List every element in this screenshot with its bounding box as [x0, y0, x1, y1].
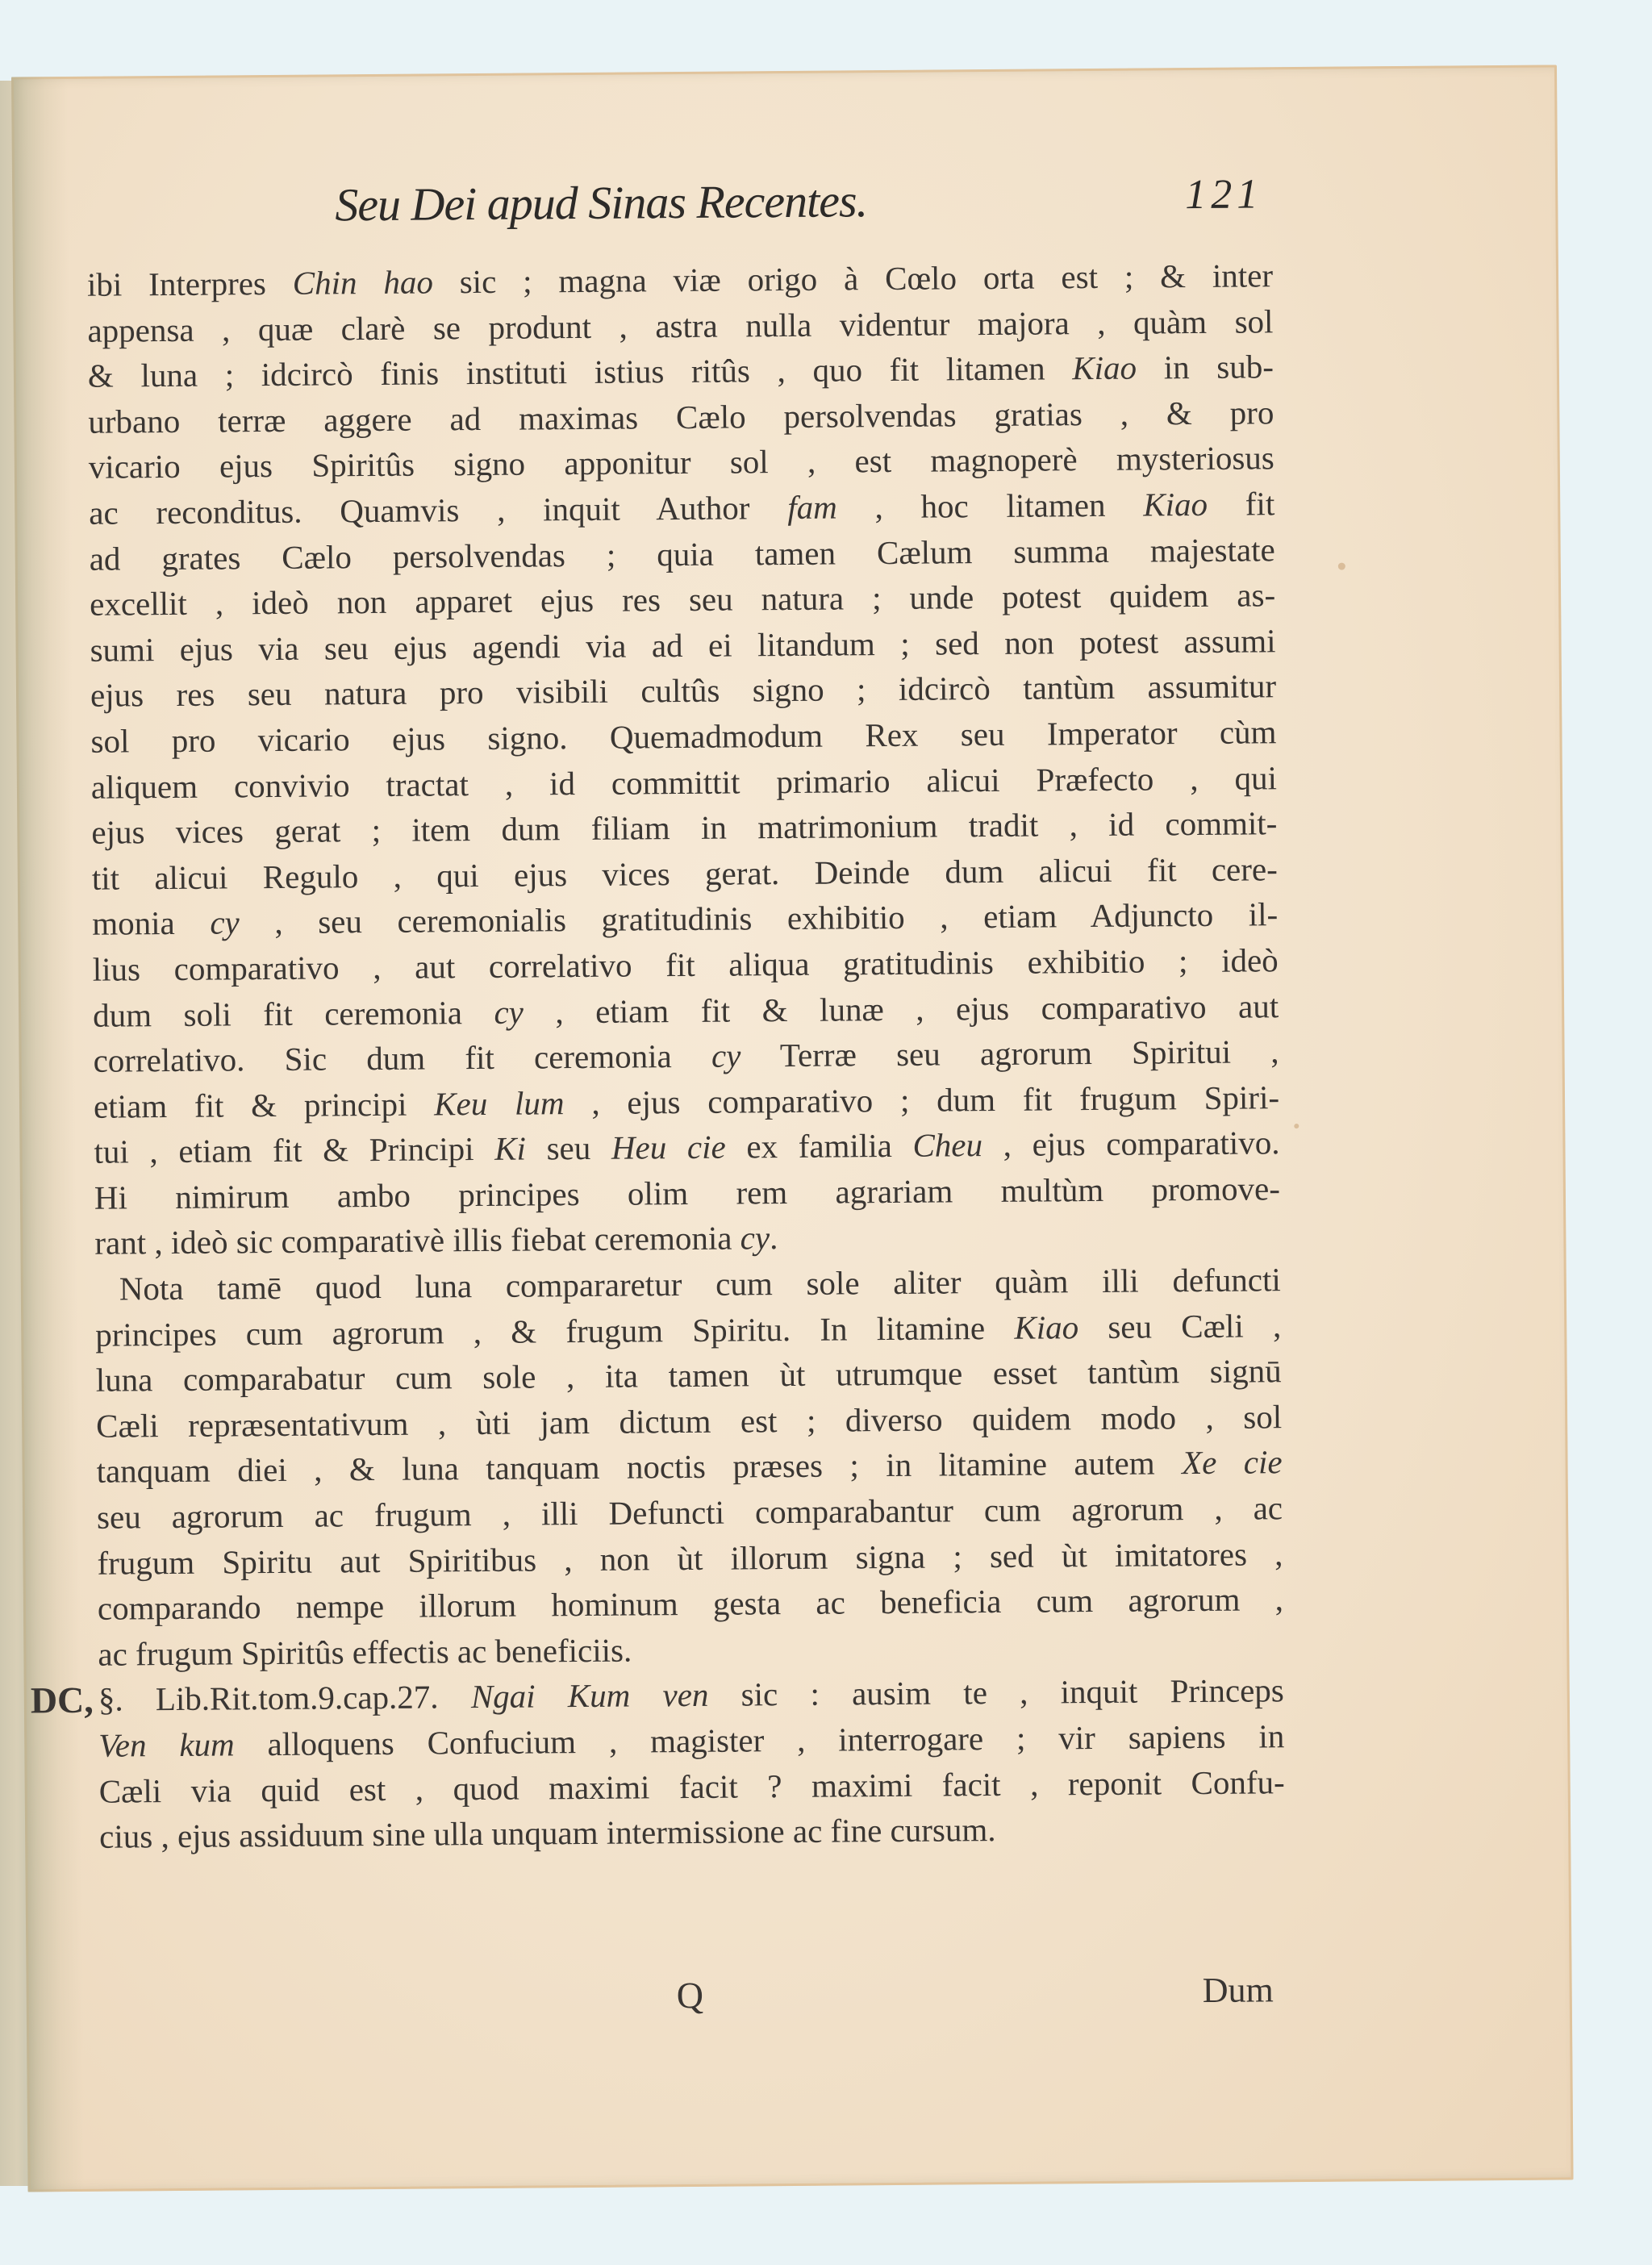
italic-term: Kiao [1072, 349, 1137, 387]
text-lines: ibi Interpres Chin hao sic ; magna viæ o… [87, 252, 1286, 1859]
italic-term: Ki [494, 1130, 526, 1167]
italic-term: Ngai Kum ven [471, 1676, 709, 1715]
italic-term: Chin hao [293, 263, 433, 301]
text-line: cius , ejus assiduum sine ulla unquam in… [99, 1804, 1285, 1859]
book-page: Seu Dei apud Sinas Recentes. 121 ibi Int… [11, 65, 1574, 2192]
running-head: Seu Dei apud Sinas Recentes. 121 [335, 170, 1263, 234]
italic-term: cy [711, 1037, 741, 1074]
paper-speck [1338, 563, 1345, 570]
italic-term: Cheu [912, 1126, 982, 1164]
italic-term: Heu cie [611, 1128, 726, 1166]
signature-mark: Q [677, 1974, 704, 2017]
italic-term: fam [787, 488, 837, 525]
italic-term: cy [740, 1220, 770, 1257]
italic-term: cy [494, 993, 524, 1030]
italic-term: Kiao [1014, 1308, 1078, 1346]
catchword: Dum [1203, 1969, 1274, 2011]
italic-term: cy [210, 904, 240, 941]
italic-term: Keu lum [434, 1084, 565, 1122]
italic-term: Xe cie [1182, 1444, 1283, 1482]
italic-term: Ven kum [98, 1725, 235, 1763]
page-number: 121 [1185, 170, 1262, 219]
margin-note: DC, [31, 1678, 94, 1724]
text-line: comparando nempe illorum hominum gesta a… [98, 1576, 1283, 1631]
paper-speck [1294, 1124, 1299, 1128]
running-head-title: Seu Dei apud Sinas Recentes. [335, 173, 867, 232]
body-text: ibi Interpres Chin hao sic ; magna viæ o… [87, 252, 1286, 1859]
text-line: Cæli via quid est , quod maximi facit ? … [99, 1759, 1285, 1814]
italic-term: Kiao [1143, 486, 1208, 523]
